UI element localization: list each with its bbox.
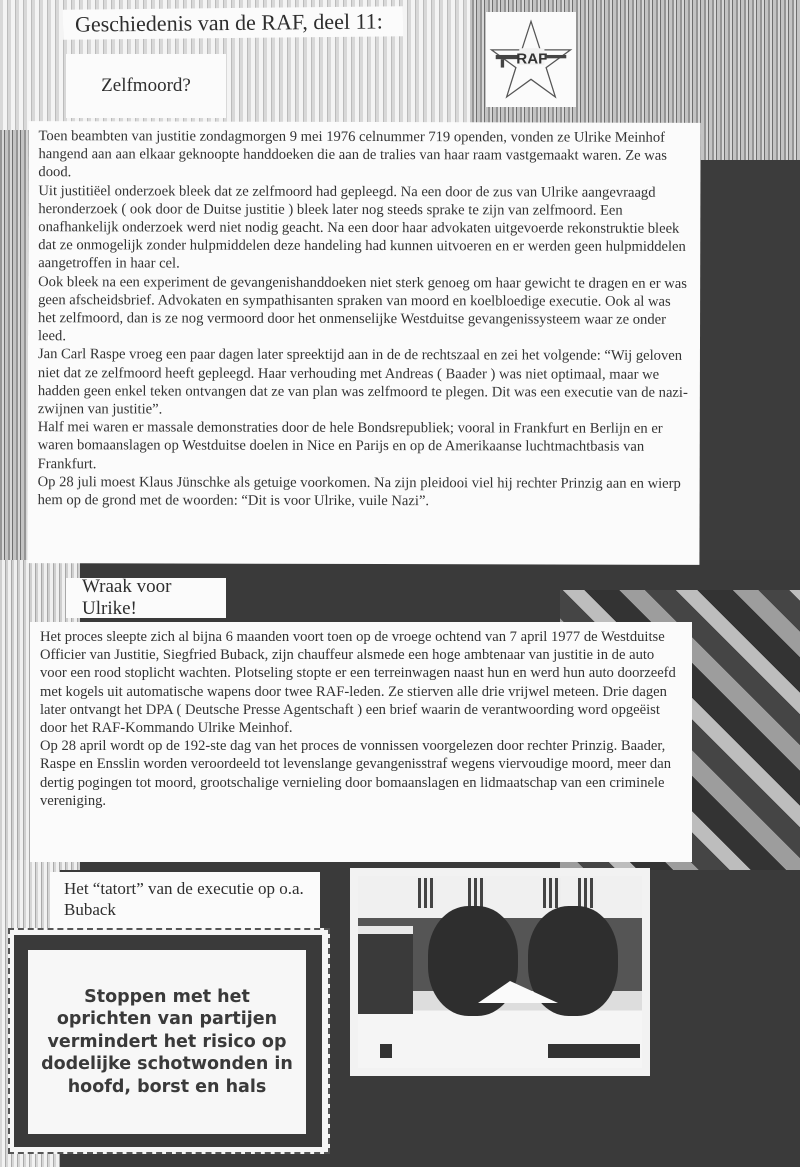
paragraph: Jan Carl Raspe vroeg een paar dagen late… (38, 346, 690, 421)
paragraph: Op 28 april wordt op de 192-ste dag van … (40, 737, 682, 810)
article-zelfmoord: Toen beambten van justitie zondagmorgen … (27, 121, 700, 565)
building-window (418, 878, 436, 908)
road-marking (380, 1044, 392, 1058)
paragraph: Het proces sleepte zich al bijna 6 maand… (40, 628, 682, 737)
page-title: Geschiedenis van de RAF, deel 11: (63, 6, 403, 40)
photo-image (358, 876, 642, 1068)
paragraph: Uit justitiëel onderzoek bleek dat ze ze… (38, 182, 690, 275)
building-window (543, 878, 561, 908)
article-wraak: Het proces sleepte zich al bijna 6 maand… (30, 622, 692, 862)
crime-scene-photo (350, 868, 650, 1076)
section-title-wraak: Wraak voor Ulrike! (66, 578, 226, 618)
section-title-zelfmoord: Zelfmoord? (66, 54, 226, 118)
photo-caption: Het “tatort” van de executie op o.a. Bub… (50, 872, 320, 930)
building-window (578, 878, 596, 908)
raf-star-icon: RAF (489, 18, 573, 102)
building-window (468, 878, 486, 908)
warning-box-text: Stoppen met het oprichten van partijen v… (28, 950, 306, 1134)
road-marking (548, 1044, 640, 1058)
paragraph: Ook bleek na een experiment de gevangeni… (38, 273, 690, 348)
paragraph: Half mei waren er massale demonstraties … (38, 418, 690, 474)
svg-text:RAF: RAF (516, 50, 547, 67)
dark-background-right (690, 160, 800, 600)
paragraph: Toen beambten van justitie zondagmorgen … (38, 127, 690, 183)
paragraph: Op 28 juli moest Klaus Jünschke als getu… (38, 473, 690, 511)
car (358, 926, 413, 1014)
raf-logo: RAF (486, 12, 576, 107)
